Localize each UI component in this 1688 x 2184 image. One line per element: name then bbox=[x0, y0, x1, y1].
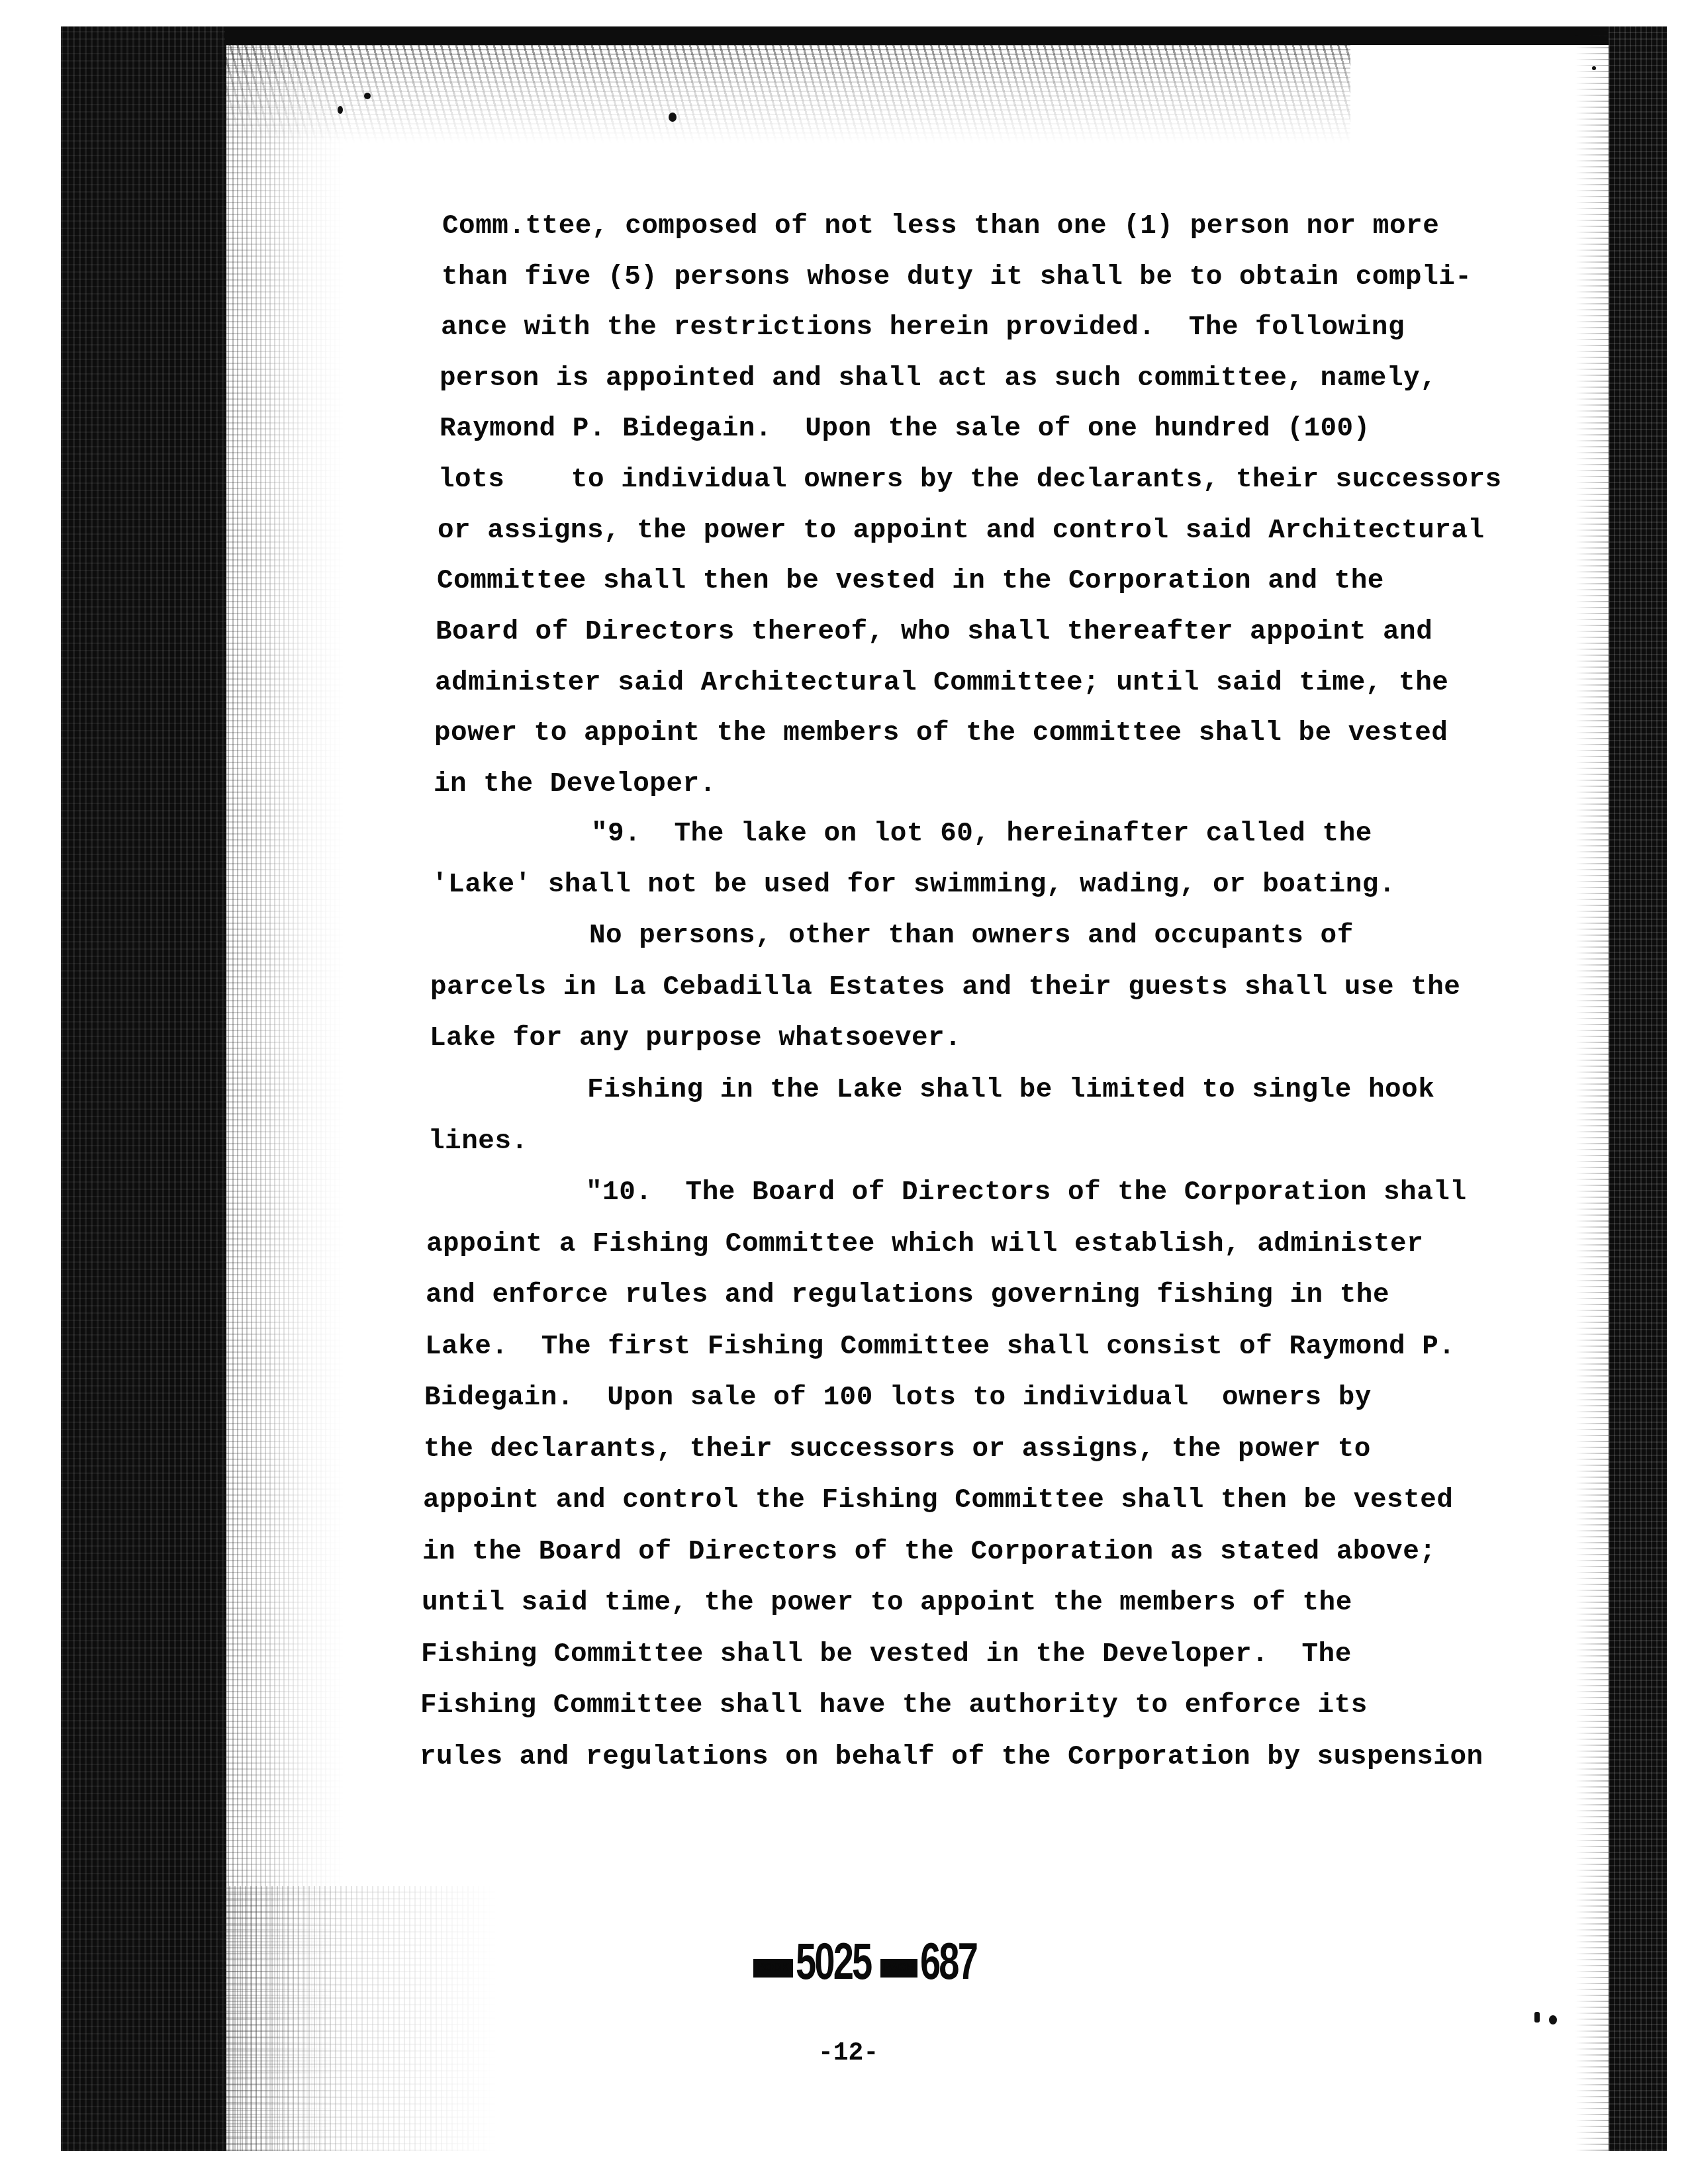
text-line: than five (5) persons whose duty it shal… bbox=[442, 264, 1472, 291]
text-line: lots to individual owners by the declara… bbox=[438, 467, 1502, 494]
text-line: Committee shall then be vested in the Co… bbox=[437, 568, 1384, 595]
text-line: administer said Architectural Committee;… bbox=[435, 670, 1448, 697]
text-line: Fishing in the Lake shall be limited to … bbox=[587, 1077, 1434, 1104]
text-line: Fishing Committee shall be vested in the… bbox=[421, 1641, 1352, 1668]
text-line: and enforce rules and regulations govern… bbox=[426, 1282, 1389, 1309]
paragraph-9-heading-line: "9. The lake on lot 60, hereinafter call… bbox=[591, 821, 1372, 848]
document-body: Comm.ttee, composed of not less than one… bbox=[0, 0, 1688, 2184]
text-line: the declarants, their successors or assi… bbox=[424, 1436, 1371, 1463]
text-line: Fishing Committee shall have the authori… bbox=[420, 1692, 1368, 1719]
text-line: lines. bbox=[428, 1128, 528, 1156]
book-label: BOOK bbox=[753, 1959, 793, 1978]
text-line: No persons, other than owners and occupa… bbox=[589, 923, 1354, 950]
text-line: 'Lake' shall not be used for swimming, w… bbox=[432, 872, 1395, 899]
page-number: -12- bbox=[818, 2041, 878, 2066]
text-line: Bidegain. Upon sale of 100 lots to indiv… bbox=[424, 1385, 1372, 1412]
text-line: appoint a Fishing Committee which will e… bbox=[426, 1231, 1423, 1258]
text-line: person is appointed and shall act as suc… bbox=[440, 365, 1436, 392]
text-line: parcels in La Cebadilla Estates and thei… bbox=[430, 974, 1460, 1001]
text-line: in the Developer. bbox=[434, 771, 716, 798]
text-line: ance with the restrictions herein provid… bbox=[441, 314, 1405, 341]
text-line: or assigns, the power to appoint and con… bbox=[438, 518, 1485, 545]
scanned-page: Comm.ttee, composed of not less than one… bbox=[0, 0, 1688, 2184]
text-line: Board of Directors thereof, who shall th… bbox=[436, 619, 1432, 646]
text-line: Raymond P. Bidegain. Upon the sale of on… bbox=[440, 416, 1370, 443]
page-label: PAGE bbox=[880, 1959, 917, 1978]
text-line: rules and regulations on behalf of the C… bbox=[420, 1744, 1483, 1771]
text-line: Lake. The first Fishing Committee shall … bbox=[425, 1334, 1455, 1361]
recorded-page-number: 687 bbox=[920, 1938, 976, 1984]
text-line: appoint and control the Fishing Committe… bbox=[423, 1487, 1453, 1514]
paragraph-10-heading-line: "10. The Board of Directors of the Corpo… bbox=[586, 1179, 1467, 1206]
book-number: 5025 bbox=[796, 1938, 870, 1984]
text-line: in the Board of Directors of the Corpora… bbox=[422, 1539, 1436, 1566]
recording-stamp: BOOK 5025 PAGE 687 bbox=[753, 1931, 984, 1984]
text-line: until said time, the power to appoint th… bbox=[422, 1590, 1352, 1617]
text-line: power to appoint the members of the comm… bbox=[434, 720, 1448, 747]
text-line: Lake for any purpose whatsoever. bbox=[430, 1025, 961, 1052]
text-line: Comm.ttee, composed of not less than one… bbox=[442, 213, 1439, 240]
